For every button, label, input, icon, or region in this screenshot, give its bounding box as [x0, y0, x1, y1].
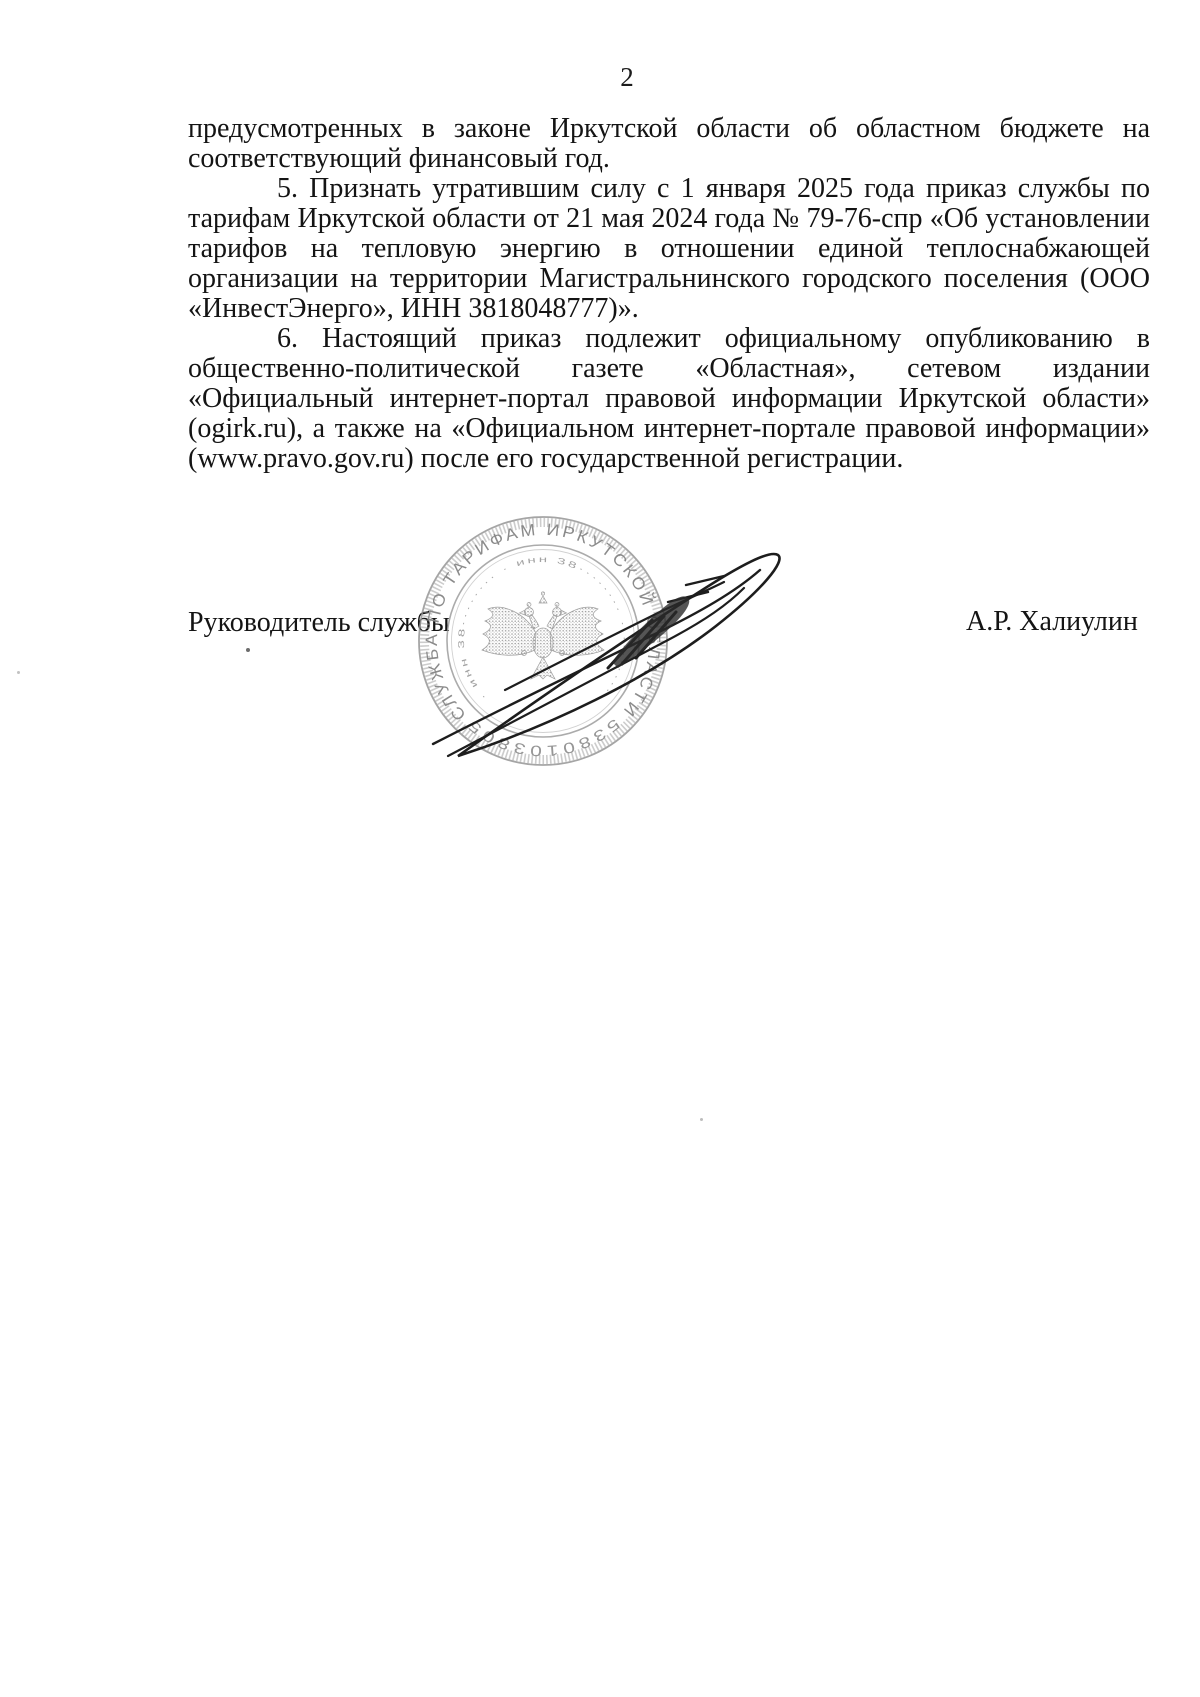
document-page: { "page": { "number": "2" }, "paragraphs… [0, 0, 1200, 1697]
round-seal-stamp-icon: СЛУЖБА ПО ТАРИФАМ ИРКУТСКОЙ ОБЛАСТИ 5380… [410, 508, 676, 774]
scan-noise-dot [700, 1118, 703, 1121]
paragraph-item-5: 5. Признать утратившим силу с 1 января 2… [188, 174, 1150, 324]
signature-name: А.Р. Халиулин [966, 606, 1138, 638]
scan-noise-dot [246, 648, 250, 652]
document-text-block: предусмотренных в законе Иркутской облас… [188, 114, 1150, 474]
paragraph-continuation: предусмотренных в законе Иркутской облас… [188, 114, 1150, 174]
page-number: 2 [620, 62, 634, 92]
paragraph-item-6: 6. Настоящий приказ подлежит официальном… [188, 324, 1150, 474]
scan-noise-dot [17, 671, 20, 674]
double-headed-eagle-icon [482, 592, 604, 679]
